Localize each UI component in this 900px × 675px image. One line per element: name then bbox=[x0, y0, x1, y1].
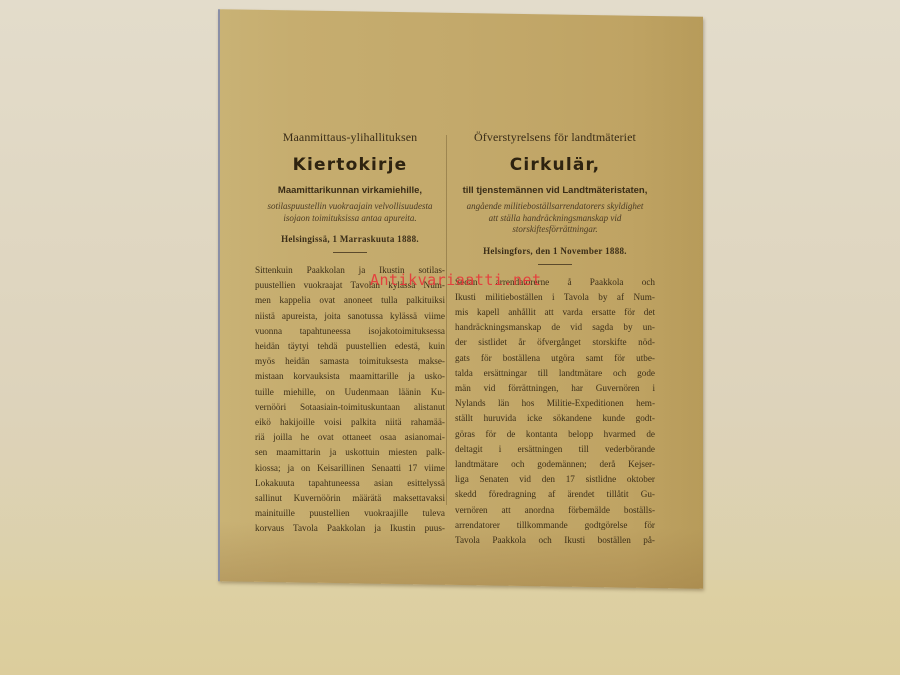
body-line: niistä apureista, joita sanotussa kyläss… bbox=[255, 309, 445, 324]
body-line: korvaus Tavola Paakkolan ja Ikustin puus… bbox=[255, 521, 445, 536]
body-line: deltagit i ersättningen till vederbörand… bbox=[455, 442, 655, 457]
body-line: män vid förrättningen, har Guvernören i bbox=[455, 381, 655, 396]
body-line: vernören att anordna förbemälde boställs… bbox=[455, 503, 655, 518]
document-title: Kiertokirje bbox=[255, 155, 445, 175]
body-line: sallinut Kuvernöörin määrätä maksettavak… bbox=[255, 491, 445, 506]
column-divider bbox=[446, 135, 447, 505]
issuing-authority: Öfverstyrelsens för landtmäteriet bbox=[455, 130, 655, 145]
body-line: arrendatorer tillkommande godtgörelse fö… bbox=[455, 518, 655, 533]
dateline: Helsingfors, den 1 November 1888. bbox=[455, 246, 655, 256]
body-line: ställt huruvida icke sökandene kunde god… bbox=[455, 411, 655, 426]
body-line: mis kapell anhållit att varda ersatte fö… bbox=[455, 305, 655, 320]
separator-rule bbox=[333, 252, 367, 253]
body-line: vernööri Sotaasiain-toimituskuntaan alis… bbox=[255, 400, 445, 415]
body-line: heidän täytyi tehdä puustellien edestä, … bbox=[255, 339, 445, 354]
body-line: sen maamittarin ja uskottuin miesten pal… bbox=[255, 445, 445, 460]
body-line: handräckningsmanskap de vid sagda by un- bbox=[455, 320, 655, 335]
body-line: skedd föredragning af ärendet tillåtit G… bbox=[455, 487, 655, 502]
table-surface bbox=[0, 580, 900, 675]
body-line: riä joilla he ovat ottaneet osaa asianom… bbox=[255, 430, 445, 445]
body-line: kiossa; ja on Keisarillinen Senaatti 17 … bbox=[255, 461, 445, 476]
body-line: talda ersättningar till landtmätare och … bbox=[455, 366, 655, 381]
subject-line: sotilaspuustellin vuokraajain velvollisu… bbox=[265, 201, 435, 224]
body-line: men kappelia ovat anoneet tulla palkitui… bbox=[255, 293, 445, 308]
body-line: tuille miehille, on Uudenmaan läänin Ku- bbox=[255, 385, 445, 400]
body-text: Sittenkuin Paakkolan ja Ikustin sotilas-… bbox=[255, 263, 445, 537]
body-line: mistaan korvauksista maamittarille ja us… bbox=[255, 369, 445, 384]
body-line: Lokakuuta tapahtuneessa asian esittelyss… bbox=[255, 476, 445, 491]
body-line: mainituille puustellien vuokraajille tul… bbox=[255, 506, 445, 521]
subject-line: angående militieboställsarrendatorers sk… bbox=[465, 201, 645, 236]
separator-rule bbox=[538, 264, 572, 265]
body-line: Nylands län hos Militie-Expeditionen hem… bbox=[455, 396, 655, 411]
addressee: Maamittarikunnan virkamiehille, bbox=[255, 185, 445, 196]
issuing-authority: Maanmittaus-ylihallituksen bbox=[255, 130, 445, 145]
body-text: Sedan arrendatorerne å Paakkola ochIkust… bbox=[455, 275, 655, 549]
document-title: Cirkulär, bbox=[455, 155, 655, 175]
body-line: der sistlidet år öfvergånget storskifte … bbox=[455, 335, 655, 350]
finnish-column: Maanmittaus-ylihallituksen Kiertokirje M… bbox=[255, 130, 445, 537]
body-line: landtmätare och godemännen; derå Kejser- bbox=[455, 457, 655, 472]
body-line: myös heidän samasta toimituksesta makse- bbox=[255, 354, 445, 369]
dateline: Helsingissä, 1 Marraskuuta 1888. bbox=[255, 234, 445, 244]
swedish-column: Öfverstyrelsens för landtmäteriet Cirkul… bbox=[455, 130, 655, 548]
addressee: till tjenstemännen vid Landtmäteristaten… bbox=[455, 185, 655, 196]
body-line: eikö hakijoille voisi palkita niitä raha… bbox=[255, 415, 445, 430]
body-line: liga Senaten vid den 17 sistlidne oktobe… bbox=[455, 472, 655, 487]
body-line: vuonna tapahtuneessa isojakotoimituksess… bbox=[255, 324, 445, 339]
body-line: Tavola Paakkola och Ikusti boställen på- bbox=[455, 533, 655, 548]
body-line: Ikusti militieboställen i Tavola by af N… bbox=[455, 290, 655, 305]
body-line: gats för boställena utgöra samt för utbe… bbox=[455, 351, 655, 366]
watermark: Antikvariaatti.net bbox=[370, 271, 542, 289]
body-line: göras för de kontanta belopp hvarmed de bbox=[455, 427, 655, 442]
